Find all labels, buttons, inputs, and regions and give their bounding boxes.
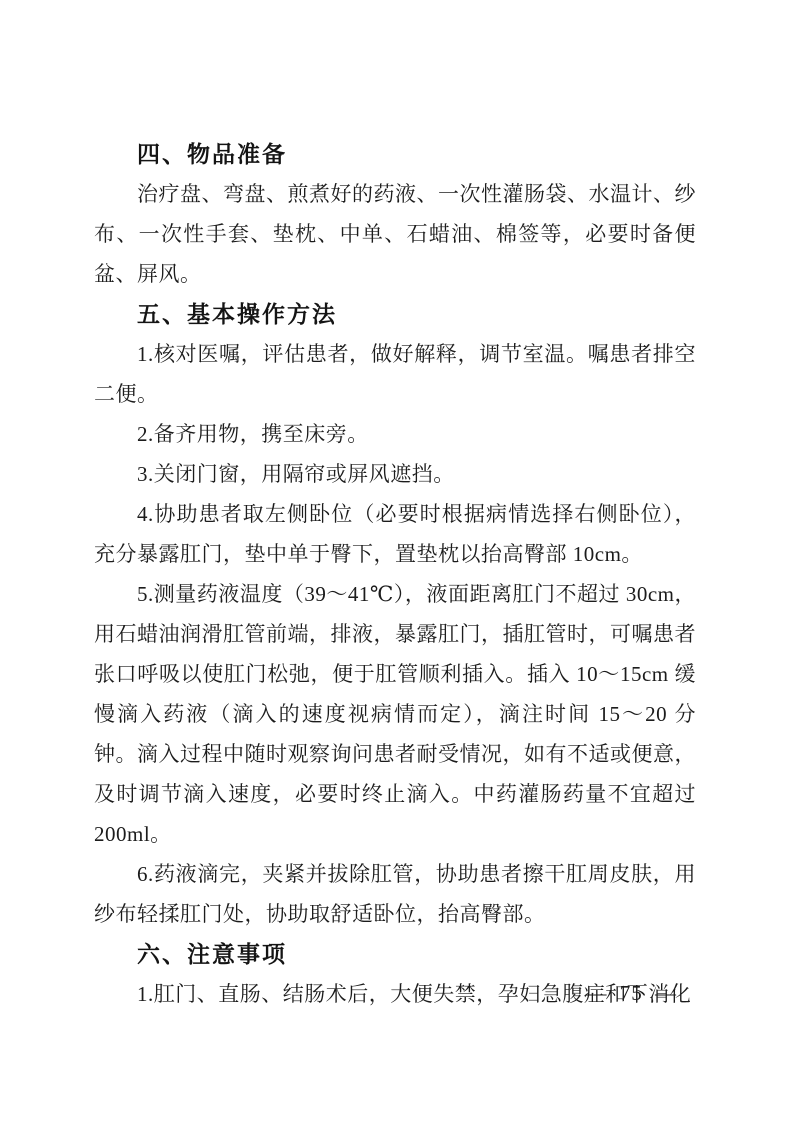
paragraph-step-6: 6.药液滴完，夹紧并拔除肛管，协助患者擦干肛周皮肤，用纱布轻揉肛门处，协助取舒适… bbox=[94, 854, 696, 934]
section-heading-precautions: 六、注意事项 bbox=[94, 934, 696, 974]
paragraph-step-1: 1.核对医嘱，评估患者，做好解释，调节室温。嘱患者排空二便。 bbox=[94, 334, 696, 414]
section-heading-materials: 四、物品准备 bbox=[94, 134, 696, 174]
page-content: 四、物品准备 治疗盘、弯盘、煎煮好的药液、一次性灌肠袋、水温计、纱布、一次性手套… bbox=[94, 134, 696, 1014]
paragraph-step-5: 5.测量药液温度（39～41℃），液面距离肛门不超过 30cm，用石蜡油润滑肛管… bbox=[94, 574, 696, 854]
document-page: 四、物品准备 治疗盘、弯盘、煎煮好的药液、一次性灌肠袋、水温计、纱布、一次性手套… bbox=[0, 0, 793, 1122]
page-number: — 75 — bbox=[586, 980, 678, 1006]
paragraph-step-3: 3.关闭门窗，用隔帘或屏风遮挡。 bbox=[94, 454, 696, 494]
paragraph-step-4: 4.协助患者取左侧卧位（必要时根据病情选择右侧卧位），充分暴露肛门，垫中单于臀下… bbox=[94, 494, 696, 574]
paragraph-step-2: 2.备齐用物，携至床旁。 bbox=[94, 414, 696, 454]
paragraph-materials-list: 治疗盘、弯盘、煎煮好的药液、一次性灌肠袋、水温计、纱布、一次性手套、垫枕、中单、… bbox=[94, 174, 696, 294]
section-heading-procedure: 五、基本操作方法 bbox=[94, 294, 696, 334]
